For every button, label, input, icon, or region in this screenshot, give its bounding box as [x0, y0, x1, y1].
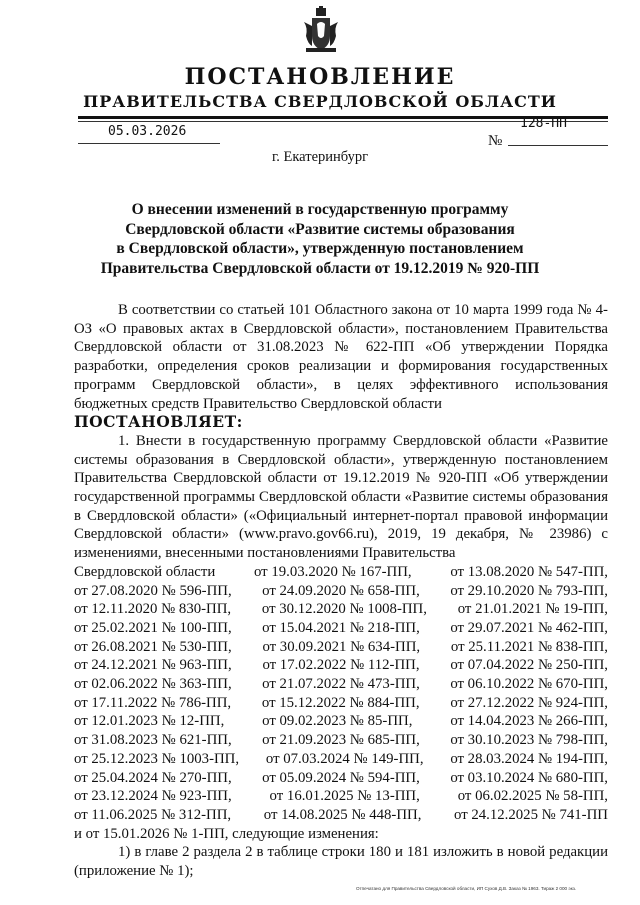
amendments-row: от 26.08.2021 № 530-ПП,от 30.09.2021 № 6… [74, 638, 608, 657]
amendments-tail: и от 15.01.2026 № 1-ПП, следующие измене… [74, 825, 608, 844]
document-type-title: ПОСТАНОВЛЕНИЕ [0, 64, 640, 90]
document-date: 05.03.2026 [108, 124, 186, 139]
amendment-ref: от 14.08.2025 № 448-ПП, [264, 806, 422, 825]
amendments-row: от 25.02.2021 № 100-ПП,от 15.04.2021 № 2… [74, 619, 608, 638]
amendment-ref: от 15.12.2022 № 884-ПП, [262, 694, 420, 713]
heading-line: Свердловской области «Развитие системы о… [80, 220, 560, 240]
heading-line: О внесении изменений в государственную п… [80, 200, 560, 220]
amendment-ref: от 11.06.2025 № 312-ПП, [74, 806, 231, 825]
amendments-row: от 11.06.2025 № 312-ПП,от 14.08.2025 № 4… [74, 806, 608, 825]
amendments-row: от 25.12.2023 № 1003-ПП,от 07.03.2024 № … [74, 750, 608, 769]
amendment-ref: от 30.10.2023 № 798-ПП, [450, 731, 608, 750]
amendments-row: от 31.08.2023 № 621-ПП,от 21.09.2023 № 6… [74, 731, 608, 750]
amendment-ref: от 12.01.2023 № 12-ПП, [74, 712, 224, 731]
amendment-ref: от 25.02.2021 № 100-ПП, [74, 619, 232, 638]
amendment-ref: от 29.10.2020 № 793-ПП, [450, 582, 608, 601]
amendments-row: Свердловской областиот 19.03.2020 № 167-… [74, 563, 608, 582]
city: г. Екатеринбург [0, 149, 640, 166]
amendment-ref: от 30.12.2020 № 1008-ПП, [262, 600, 427, 619]
document-number: 128-ПП [520, 116, 567, 131]
document-heading: О внесении изменений в государственную п… [80, 200, 560, 278]
amendment-ref: от 03.10.2024 № 680-ПП, [450, 769, 608, 788]
amendment-ref: от 25.11.2021 № 838-ПП, [451, 638, 608, 657]
amendment-ref: от 21.09.2023 № 685-ПП, [262, 731, 420, 750]
coat-of-arms-icon [302, 6, 340, 56]
amendment-ref: от 24.12.2025 № 741-ПП [454, 806, 608, 825]
amendment-ref: от 24.09.2020 № 658-ПП, [262, 582, 420, 601]
amendment-ref: от 02.06.2022 № 363-ПП, [74, 675, 232, 694]
amendments-row: от 12.01.2023 № 12-ПП,от 09.02.2023 № 85… [74, 712, 608, 731]
amendments-row: от 23.12.2024 № 923-ПП,от 16.01.2025 № 1… [74, 787, 608, 806]
amendment-ref: от 17.02.2022 № 112-ПП, [262, 656, 419, 675]
amendments-row: от 27.08.2020 № 596-ПП,от 24.09.2020 № 6… [74, 582, 608, 601]
issuer-title: ПРАВИТЕЛЬСТВА СВЕРДЛОВСКОЙ ОБЛАСТИ [0, 92, 640, 111]
amendment-ref: от 21.07.2022 № 473-ПП, [262, 675, 420, 694]
amendments-prefix: Свердловской области [74, 563, 215, 582]
amendments-row: от 17.11.2022 № 786-ПП,от 15.12.2022 № 8… [74, 694, 608, 713]
amendment-ref: от 27.12.2022 № 924-ПП, [450, 694, 608, 713]
amendment-ref: от 07.03.2024 № 149-ПП, [266, 750, 424, 769]
amendment-ref: от 06.02.2025 № 58-ПП, [458, 787, 608, 806]
amendment-ref: от 29.07.2021 № 462-ПП, [450, 619, 608, 638]
amendments-row: от 12.11.2020 № 830-ПП,от 30.12.2020 № 1… [74, 600, 608, 619]
item-1-intro: 1. Внести в государственную программу Св… [74, 432, 608, 563]
amendments-row: от 02.06.2022 № 363-ПП,от 21.07.2022 № 4… [74, 675, 608, 694]
heading-line: Правительства Свердловской области от 19… [80, 259, 560, 279]
amendment-ref: от 25.12.2023 № 1003-ПП, [74, 750, 239, 769]
amendment-ref: от 14.04.2023 № 266-ПП, [450, 712, 608, 731]
amendment-ref: от 31.08.2023 № 621-ПП, [74, 731, 232, 750]
resolves-label: ПОСТАНОВЛЯЕТ: [74, 413, 608, 432]
amendment-ref: от 06.10.2022 № 670-ПП, [450, 675, 608, 694]
number-underline [508, 145, 608, 146]
preamble-paragraph: В соответствии со статьей 101 Областного… [74, 301, 608, 413]
amendments-list: Свердловской областиот 19.03.2020 № 167-… [74, 563, 608, 825]
amendment-ref: от 12.11.2020 № 830-ПП, [74, 600, 231, 619]
print-imprint: Отпечатано для Правительства Свердловско… [356, 886, 576, 891]
amendment-ref: от 13.08.2020 № 547-ПП, [450, 563, 608, 582]
amendments-row: от 25.04.2024 № 270-ПП,от 05.09.2024 № 5… [74, 769, 608, 788]
amendment-ref: от 07.04.2022 № 250-ПП, [450, 656, 608, 675]
amendments-row: от 24.12.2021 № 963-ПП,от 17.02.2022 № 1… [74, 656, 608, 675]
number-sign: № [488, 133, 502, 150]
amendment-ref: от 28.03.2024 № 194-ПП, [450, 750, 608, 769]
amendment-ref: от 30.09.2021 № 634-ПП, [262, 638, 420, 657]
amendment-ref: от 09.02.2023 № 85-ПП, [262, 712, 412, 731]
amendment-ref: от 27.08.2020 № 596-ПП, [74, 582, 232, 601]
amendment-ref: от 16.01.2025 № 13-ПП, [270, 787, 420, 806]
document-body: В соответствии со статьей 101 Областного… [74, 301, 608, 881]
amendment-ref: от 15.04.2021 № 218-ПП, [262, 619, 420, 638]
amendment-ref: от 19.03.2020 № 167-ПП, [254, 563, 412, 582]
date-underline [78, 143, 220, 144]
subitem-1: 1) в главе 2 раздела 2 в таблице строки … [74, 843, 608, 880]
amendment-ref: от 25.04.2024 № 270-ПП, [74, 769, 232, 788]
amendment-ref: от 21.01.2021 № 19-ПП, [458, 600, 608, 619]
heading-line: в Свердловской области», утвержденную по… [80, 239, 560, 259]
amendment-ref: от 24.12.2021 № 963-ПП, [74, 656, 232, 675]
amendment-ref: от 26.08.2021 № 530-ПП, [74, 638, 232, 657]
amendment-ref: от 23.12.2024 № 923-ПП, [74, 787, 232, 806]
amendment-ref: от 05.09.2024 № 594-ПП, [262, 769, 420, 788]
amendment-ref: от 17.11.2022 № 786-ПП, [74, 694, 231, 713]
